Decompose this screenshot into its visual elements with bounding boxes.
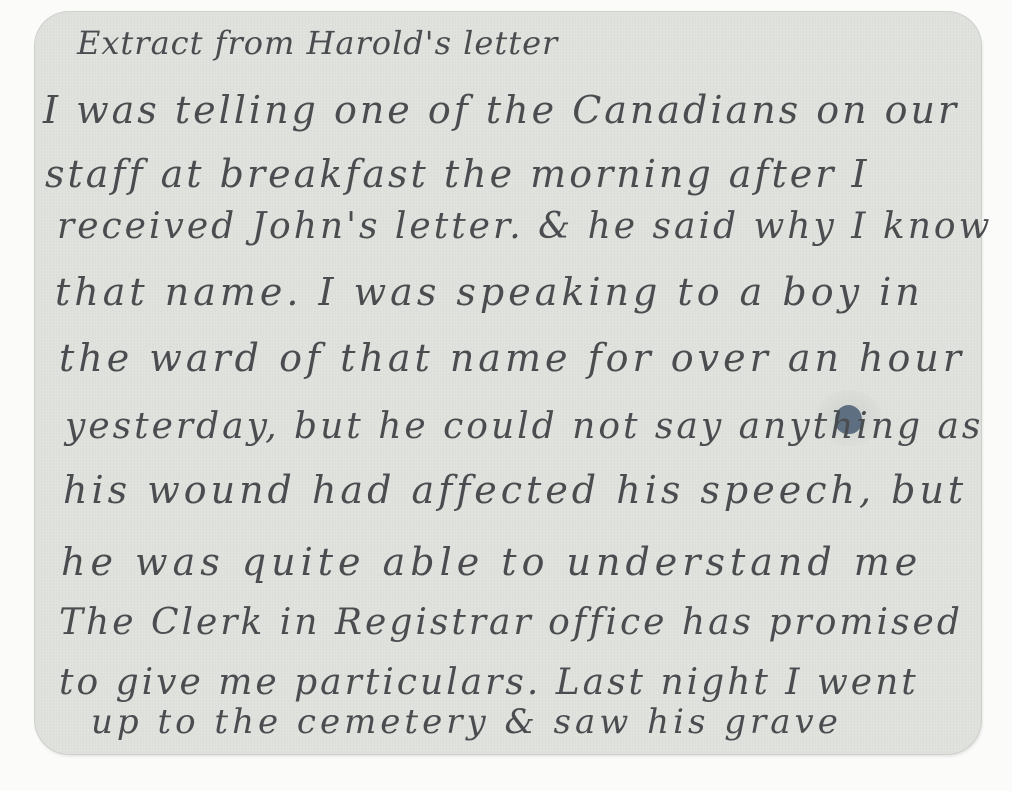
letter-line-3: received John's letter. & he said why I … [57, 206, 992, 247]
letter-heading: Extract from Harold's letter [77, 24, 558, 62]
letter-line-7: his wound had affected his speech, but [63, 468, 967, 512]
letter-line-5: the ward of that name for over an hour [59, 336, 965, 380]
letter-line-6: yesterday, but he could not say anything… [65, 406, 983, 447]
letter-line-2: staff at breakfast the morning after I [45, 152, 870, 196]
letter-line-10: to give me particulars. Last night I wen… [59, 662, 919, 703]
letter-line-1: I was telling one of the Canadians on ou… [43, 88, 959, 132]
letter-line-9: The Clerk in Registrar office has promis… [59, 602, 963, 643]
handwritten-letter-card: Extract from Harold's letter I was telli… [35, 12, 981, 754]
letter-line-11: up to the cemetery & saw his grave [91, 702, 842, 742]
letter-line-4: that name. I was speaking to a boy in [55, 270, 924, 314]
letter-line-8: he was quite able to understand me [61, 540, 922, 584]
page: Extract from Harold's letter I was telli… [0, 0, 1012, 791]
